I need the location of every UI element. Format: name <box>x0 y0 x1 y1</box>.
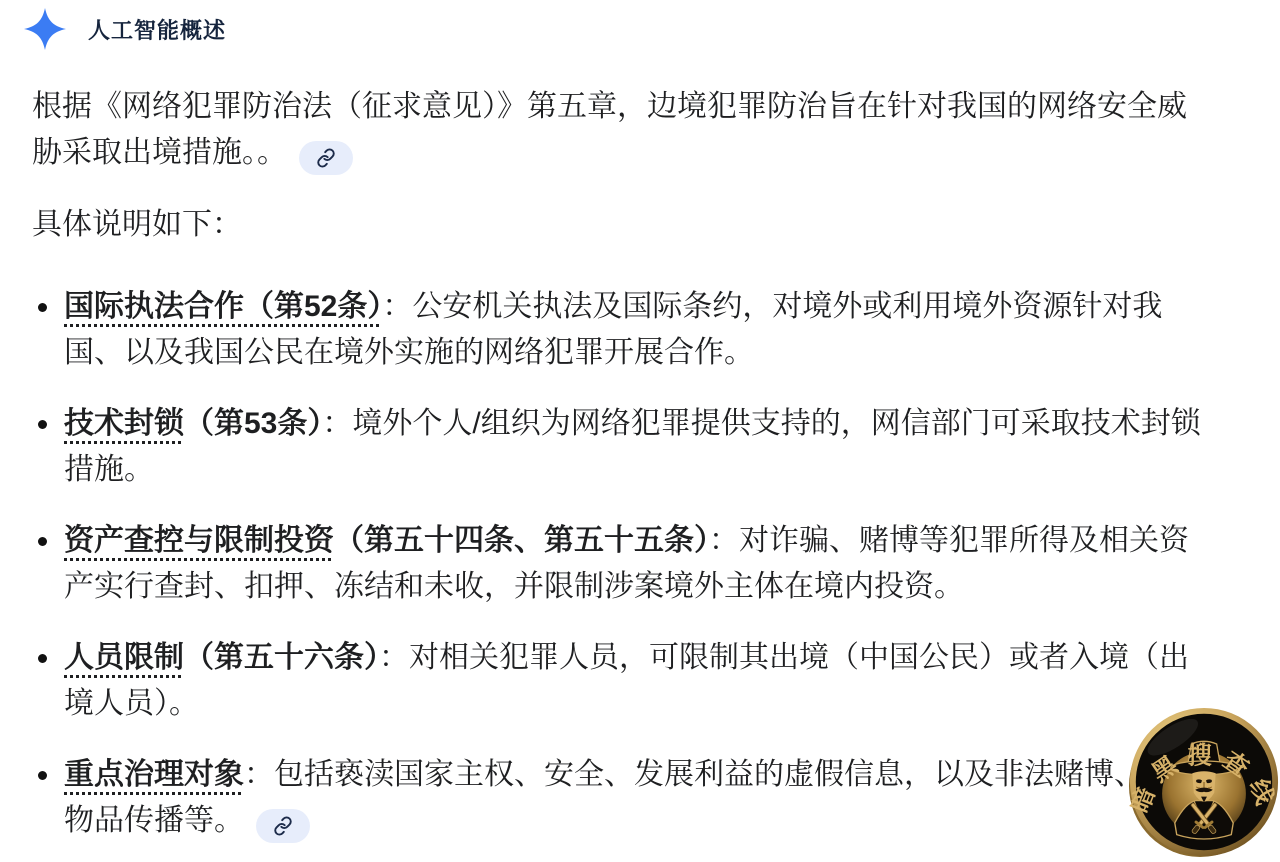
term-suffix: （第五十四条、第五十五条） <box>334 524 709 557</box>
intro-text: 根据《网络犯罪防治法（征求意见）》第五章，边境犯罪防治旨在针对我国的网络安全威胁… <box>32 90 1187 169</box>
ai-overview-page: 人工智能概述 根据《网络犯罪防治法（征求意见）》第五章，边境犯罪防治旨在针对我国… <box>0 0 1280 862</box>
term-link[interactable]: 重点治理对象 <box>64 758 244 791</box>
term-suffix: （第五十六条） <box>184 641 379 674</box>
separator: ： <box>379 641 409 674</box>
list-item: 技术封锁（第53条）：境外个人/组织为网络犯罪提供支持的，网信部门可采取技术封锁… <box>32 401 1207 493</box>
intro-paragraph: 根据《网络犯罪防治法（征求意见）》第五章，边境犯罪防治旨在针对我国的网络安全威胁… <box>32 84 1202 176</box>
link-icon <box>316 148 336 168</box>
separator: ： <box>382 290 412 323</box>
page-title: 人工智能概述 <box>88 14 226 45</box>
term-link[interactable]: 国际执法合作（第52条） <box>64 290 382 323</box>
separator: ： <box>244 758 274 791</box>
term-suffix: （第53条） <box>184 407 322 440</box>
bullet-dot-icon <box>38 654 47 663</box>
citation-link-button[interactable] <box>256 809 310 843</box>
bullet-dot-icon <box>38 771 47 780</box>
list-item: 重点治理对象：包括亵渎国家主权、安全、发展利益的虚假信息，以及非法赌博、淫秽物品… <box>32 752 1207 844</box>
term-link[interactable]: 资产查控与限制投资 <box>64 524 334 557</box>
section-lead: 具体说明如下： <box>32 202 1280 248</box>
separator: ： <box>322 407 352 440</box>
list-item: 资产查控与限制投资（第五十四条、第五十五条）：对诈骗、赌博等犯罪所得及相关资产实… <box>32 518 1207 610</box>
bullet-dot-icon <box>38 537 47 546</box>
list-item: 国际执法合作（第52条）：公安机关执法及国际条约，对境外或利用境外资源针对我国、… <box>32 284 1207 376</box>
separator: ： <box>709 524 739 557</box>
link-icon <box>273 816 293 836</box>
citation-link-button[interactable] <box>299 141 353 175</box>
bullet-dot-icon <box>38 420 47 429</box>
bullet-list: 国际执法合作（第52条）：公安机关执法及国际条约，对境外或利用境外资源针对我国、… <box>32 284 1207 844</box>
page-header: 人工智能概述 <box>0 0 1280 50</box>
term-link[interactable]: 人员限制 <box>64 641 184 674</box>
term-link[interactable]: 技术封锁 <box>64 407 184 440</box>
bullet-dot-icon <box>38 303 47 312</box>
list-item: 人员限制（第五十六条）：对相关犯罪人员，可限制其出境（中国公民）或者入境（出境人… <box>32 635 1207 727</box>
sparkle-icon <box>24 8 66 50</box>
